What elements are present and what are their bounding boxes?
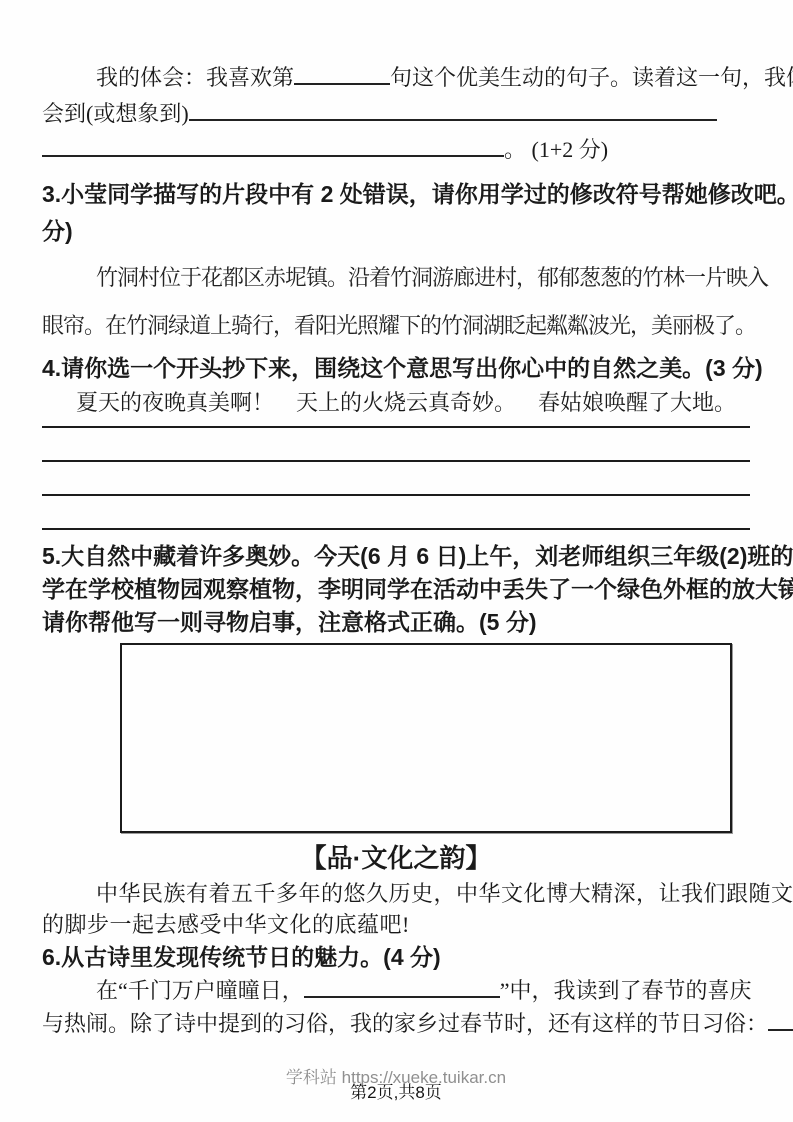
q4-writing-line-4 [42, 496, 750, 530]
q2-blank-answer-line1 [189, 101, 717, 121]
section-intro: 中华民族有着五千多年的悠久历史，中华文化博大精深，让我们跟随文字 的脚步一起去感… [42, 878, 750, 940]
q2-line2-text-pre: 会到(或想象到) [42, 101, 189, 126]
q4-option-1: 夏天的夜晚真美啊！ [76, 386, 274, 420]
q5-stem-line1: 5.大自然中藏着许多奥妙。今天(6 月 6 日)上午，刘老师组织三年级(2)班的… [42, 540, 750, 573]
q2-line3: 。 (1+2 分) [42, 132, 750, 168]
exam-paper-page: 我的体会：我喜欢第句这个优美生动的句子。读着这一句，我体 会到(或想象到) 。 … [0, 0, 793, 1122]
question-4-block: 4.请你选一个开头抄下来，围绕这个意思写出你心中的自然之美。(3 分) 夏天的夜… [42, 350, 750, 530]
q4-options-row: 夏天的夜晚真美啊！ 天上的火烧云真奇妙。 春姑娘唤醒了大地。 [42, 386, 750, 420]
page-footer: 学科站 https://xueke.tuikar.cn 第2页,共8页 [42, 1068, 750, 1103]
question-6-block: 6.从古诗里发现传统节日的魅力。(4 分) 在“千门万户曈曈日，”中，我读到了春… [42, 940, 750, 1040]
q4-writing-line-1 [42, 420, 750, 428]
q6-blank-poem-line [304, 978, 500, 998]
q3-stem-line2: 分) [42, 213, 750, 250]
section-intro-line1: 中华民族有着五千多年的悠久历史，中华文化博大精深，让我们跟随文字 [42, 878, 750, 909]
q4-writing-line-3 [42, 462, 750, 496]
q4-stem: 4.请你选一个开头抄下来，围绕这个意思写出你心中的自然之美。(3 分) [42, 350, 750, 386]
q2-line3-text-post: 。 (1+2 分) [504, 137, 608, 162]
q5-stem-line2: 学在学校植物园观察植物，李明同学在活动中丢失了一个绿色外框的放大镜。 [42, 573, 750, 606]
q2-line2: 会到(或想象到) [42, 96, 750, 132]
question-2-block: 我的体会：我喜欢第句这个优美生动的句子。读着这一句，我体 会到(或想象到) 。 … [42, 60, 750, 168]
question-3-block: 3.小莹同学描写的片段中有 2 处错误，请你用学过的修改符号帮她修改吧。(4 分… [42, 176, 750, 350]
q6-line1-text-post: ”中，我读到了春节的喜庆 [500, 978, 752, 1003]
q3-passage-line1: 竹洞村位于花都区赤坭镇。沿着竹洞游廊进村，郁郁葱葱的竹林一片映入 [42, 254, 750, 302]
q6-line2-text: 与热闹。除了诗中提到的习俗，我的家乡过春节时，还有这样的节日习俗： [42, 1011, 768, 1036]
q3-passage: 竹洞村位于花都区赤坭镇。沿着竹洞游廊进村，郁郁葱葱的竹林一片映入 眼帘。在竹洞绿… [42, 254, 750, 350]
q5-answer-box [120, 643, 732, 833]
q4-option-2: 天上的火烧云真奇妙。 [296, 386, 516, 420]
q6-blank-custom [768, 1011, 793, 1031]
q2-blank-sentence-number [294, 65, 390, 85]
q6-line1: 在“千门万户曈曈日，”中，我读到了春节的喜庆 [42, 974, 750, 1007]
q2-line1: 我的体会：我喜欢第句这个优美生动的句子。读着这一句，我体 [42, 60, 750, 96]
question-5-block: 5.大自然中藏着许多奥妙。今天(6 月 6 日)上午，刘老师组织三年级(2)班的… [42, 540, 750, 833]
q6-stem: 6.从古诗里发现传统节日的魅力。(4 分) [42, 940, 750, 974]
q3-stem-line1: 3.小莹同学描写的片段中有 2 处错误，请你用学过的修改符号帮她修改吧。(4 [42, 176, 750, 213]
q3-passage-line2: 眼帘。在竹洞绿道上骑行，看阳光照耀下的竹洞湖眨起粼粼波光，美丽极了。 [42, 302, 750, 350]
q2-line1-text-post: 句这个优美生动的句子。读着这一句，我体 [390, 65, 793, 90]
section-intro-line2: 的脚步一起去感受中华文化的底蕴吧! [42, 909, 750, 940]
section-header-culture: 【品·文化之韵】 [42, 843, 750, 873]
q2-blank-answer-line2 [42, 137, 504, 157]
q4-option-3: 春姑娘唤醒了大地。 [538, 386, 736, 420]
q6-line2: 与热闹。除了诗中提到的习俗，我的家乡过春节时，还有这样的节日习俗： [42, 1007, 750, 1040]
q6-line1-text-pre: 在“千门万户曈曈日， [96, 978, 304, 1003]
page-number: 第2页,共8页 [42, 1083, 750, 1103]
q4-writing-line-2 [42, 428, 750, 462]
q2-line1-text-pre: 我的体会：我喜欢第 [96, 65, 294, 90]
q5-stem-line3: 请你帮他写一则寻物启事，注意格式正确。(5 分) [42, 606, 750, 639]
